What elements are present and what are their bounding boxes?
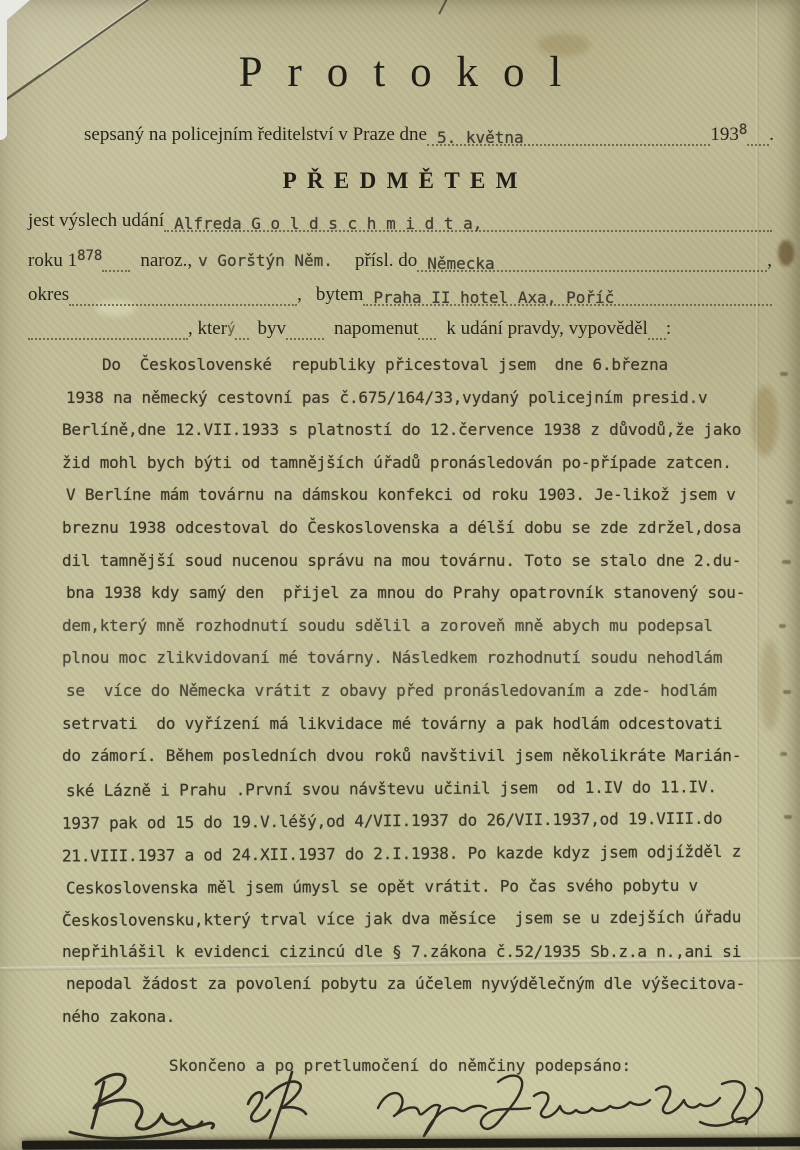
date-field: 5. května: [427, 120, 710, 146]
signatures: [0, 1062, 800, 1150]
year-dots: [747, 120, 769, 146]
body-line: ného zakona.: [62, 1007, 774, 1040]
body-line: setrvati do vyřízení má likvidace mé tov…: [62, 714, 774, 747]
dateline-prefix: sepsaný na policejním ředitelství v Praz…: [84, 124, 427, 146]
body-line: dil tamnější soud nucenou správu na mou …: [62, 551, 774, 584]
dateline: sepsaný na policejním ředitelství v Praz…: [84, 120, 774, 146]
name-typed-value: Alfreda G o l d s c h m i d t a,: [164, 214, 482, 233]
form-row-name: jest výslech udání Alfreda G o l d s c h…: [28, 206, 772, 232]
form-row-admonition: , kter ý byv napomenut k udání pravdy, v…: [28, 314, 772, 340]
statement-body: Do Československé republiky přicestoval …: [62, 355, 774, 1039]
body-line: dem,který mně rozhodnutí soudu sdělil a …: [62, 616, 774, 649]
signature-alfred-goldschmidt: [378, 1076, 762, 1136]
birthplace-typed-value: v Gorštýn Něm.: [192, 251, 333, 270]
date-typed-value: 5. května: [427, 128, 524, 147]
colon: :: [666, 318, 671, 340]
signature-official-left: [70, 1074, 214, 1138]
birth-year-typed: 878: [77, 248, 102, 264]
district-field: [69, 280, 297, 306]
pen-mark: [438, 0, 447, 15]
name-field: Alfreda G o l d s c h m i d t a,: [164, 206, 772, 232]
edge-fleck: [783, 690, 791, 694]
body-line: nepřihlášil k evidenci cizincú dle § 7.z…: [62, 942, 774, 975]
year-typed-digit: 8: [739, 122, 747, 138]
body-line: žid mohl bych býti od tamnějších úřadů p…: [62, 453, 774, 486]
dateline-period: .: [769, 124, 774, 146]
body-line: se více do Německa vrátit z obavy před p…: [66, 681, 774, 714]
dots: [286, 314, 324, 340]
residence-typed-value: Praha II hotel Axa, Poříč: [363, 288, 614, 307]
residence-field: Praha II hotel Axa, Poříč: [363, 280, 772, 306]
admonition-suffix: k udání pravdy, vypověděl: [436, 318, 647, 340]
nationality-label: přísl. do: [333, 250, 417, 272]
edge-fleck: [784, 815, 792, 819]
body-line: 1937 pak od 15 do 19.V.léšý,od 4/VII.193…: [62, 809, 774, 847]
edge-fleck: [780, 752, 787, 756]
body-line: Do Československé republiky přicestoval …: [62, 355, 774, 388]
body-line: Berlíně,dne 12.VII.1933 s platností do 1…: [62, 420, 774, 453]
body-line: ské Lázně i Prahu .První svou návštevu u…: [66, 777, 774, 814]
scanned-protocol-page: Protokol sepsaný na policejním ředitelst…: [0, 0, 800, 1150]
edge-fleck: [782, 560, 791, 564]
dots: [418, 314, 436, 340]
stain: [778, 240, 794, 266]
year-printed: 193: [710, 124, 739, 146]
nationality-field: Německa: [417, 246, 767, 272]
form-row-residence: okres , bytem Praha II hotel Axa, Poříč: [28, 280, 772, 306]
scan-corner-top-left: [0, 0, 30, 26]
paper-sheet: Protokol sepsaný na policejním ředitelst…: [0, 0, 800, 1150]
born-suffix: naroz.,: [130, 250, 192, 272]
body-line: bna 1938 kdy samý den přijel za mnou do …: [66, 583, 774, 616]
comma: ,: [767, 250, 772, 272]
nationality-typed-value: Německa: [417, 254, 494, 273]
body-line: breznu 1938 odcestoval do Československa…: [62, 518, 774, 551]
residence-label: bytem: [302, 284, 364, 306]
interrogation-label: jest výslech udání: [28, 210, 164, 232]
form-row-birth: roku 1 878 naroz., v Gorštýn Něm. přísl.…: [28, 246, 772, 272]
admonition-byv: byv: [249, 318, 286, 340]
body-line: Ceskoslovenska měl jsem úmysl se opět vr…: [66, 875, 774, 911]
subject-heading: PŘEDMĚTEM: [0, 168, 800, 194]
birth-year-dots: [102, 246, 130, 272]
signature-initials-middle: [248, 1072, 306, 1138]
born-prefix: roku 1: [28, 250, 77, 272]
edge-fleck: [786, 500, 793, 504]
admonition-napomenut: napomenut: [324, 318, 418, 340]
body-line: nepodal žádost za povolení pobytu za úče…: [66, 974, 774, 1007]
body-line: 1938 na německý cestovní pas č.675/164/3…: [66, 388, 774, 421]
dots: [648, 314, 666, 340]
edge-fleck: [779, 624, 786, 628]
dots: [235, 314, 249, 340]
blank-field: [28, 314, 188, 340]
body-line: do zámorí. Během posledních dvou roků na…: [62, 746, 774, 779]
district-label: okres: [28, 284, 69, 306]
body-line: V Berlíne mám továrnu na dámskou konfekc…: [66, 485, 774, 518]
admonition-y-typed: ý: [227, 321, 235, 337]
admonition-prefix: , kter: [188, 318, 227, 340]
body-line: plnou moc zlikvidovaní mé továrny. Násle…: [62, 648, 774, 681]
edge-fleck: [780, 372, 788, 376]
body-line: 21.VIII.1937 a od 24.XII.1937 do 2.I.193…: [62, 841, 774, 879]
document-title: Protokol: [0, 48, 800, 97]
body-line: Československu,který trval více jak dva …: [62, 907, 774, 943]
